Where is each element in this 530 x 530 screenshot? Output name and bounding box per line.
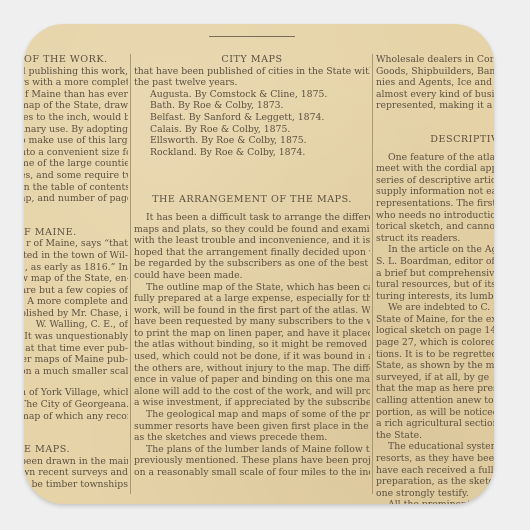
text-line: inary use. By adopting (24, 124, 128, 136)
column-divider-left (130, 54, 131, 494)
text-line: the past twelve years. (134, 77, 370, 89)
text-line: torical sketch, and cannot fa (376, 221, 494, 233)
city-maps-list: Augusta. By Comstock & Cline, 1875.Bath.… (134, 89, 370, 159)
right-paragraph-5: The educational system, thresorts, as th… (376, 441, 494, 499)
left-heading-of-the-work: OF THE WORK. (24, 54, 128, 66)
arrangement-heading: THE ARRANGEMENT OF THE MAPS. (134, 194, 370, 206)
text-line: rs with a more complete (24, 77, 128, 89)
text-line: All the prominent featu (376, 499, 494, 504)
printed-page-sticker: OF THE WORK. l publishing this work,rs w… (24, 24, 494, 504)
text-line: a brief but comprehensive v (376, 268, 494, 280)
text-line: The educational system, th (376, 441, 494, 453)
city-publisher: By Roe & Colby, 1874. (200, 147, 306, 158)
city-name: Rockland. (150, 147, 200, 158)
text-line: o make use of this large (24, 135, 128, 147)
column-divider-right (372, 54, 373, 494)
text-line: les to the inch, would be (24, 112, 128, 124)
text-line: map of the State, drawn (24, 100, 128, 112)
text-line: In the article on the Agri (376, 244, 494, 256)
text-line: It has been a difficult task to arrange … (134, 212, 370, 224)
text-line: representations. The first, (376, 198, 494, 210)
text-line: supply information not easil (376, 186, 494, 198)
text-line: nies and Agents, Ice and (376, 77, 494, 89)
text-line: State of Maine, for the excep (376, 314, 494, 326)
text-line: one strongly testify. (376, 488, 494, 500)
city-maps-intro: that have been published of cities in th… (134, 66, 370, 89)
right-column: Wholesale dealers in CornGoods, Shipbuil… (376, 54, 494, 504)
city-map-entry: Bath. By Roe & Colby, 1873. (134, 100, 370, 112)
left-column: OF THE WORK. l publishing this work,rs w… (24, 54, 128, 491)
text-line: who needs no introduction (376, 210, 494, 222)
left-paragraph-2: r of Maine, says “thatted in the town of… (24, 238, 128, 377)
text-line: represented, making it a val (376, 100, 494, 112)
text-line: turing interests, its lumber, (376, 291, 494, 303)
city-maps-heading: CITY MAPS (134, 54, 370, 66)
left-heading-maps: E MAPS. (24, 444, 128, 456)
city-publisher: By Roe & Colby, 1875. (185, 124, 291, 135)
city-publisher: By Roe & Colby, 1875. (201, 135, 307, 146)
descriptive-heading: DESCRIPTIVE (376, 134, 494, 146)
text-line: l publishing this work, (24, 66, 128, 78)
text-line: with the least trouble and inconvenience… (134, 235, 370, 247)
city-name: Calais. (150, 124, 185, 135)
text-line: resorts, as they have been v (376, 453, 494, 465)
arrangement-paragraph-4: The plans of the lumber lands of Maine f… (134, 444, 370, 479)
text-line: , as early as 1816.” In (24, 262, 128, 274)
text-line: page 27, which is colored to (376, 337, 494, 349)
text-line: are but a few copies of (24, 285, 128, 297)
text-line: In the table of contents, (24, 182, 128, 194)
text-line: the others are, without injury to the ma… (134, 363, 370, 375)
text-line: to print the map on linen paper, and hav… (134, 328, 370, 340)
text-line: be regarded by the subscribers as one of… (134, 258, 370, 270)
text-line: S. L. Boardman, editor of th (376, 256, 494, 268)
header-rule (209, 36, 295, 37)
text-line: portion, as will be noticed, i (376, 407, 494, 419)
text-line: at that time ever pub- (24, 343, 128, 355)
city-name: Ellsworth. (150, 135, 201, 146)
city-name: Augusta. (150, 89, 195, 100)
text-line: have been requested by many subscribers … (134, 316, 370, 328)
text-line: The plans of the lumber lands of Maine f… (134, 444, 370, 456)
text-line: er maps of Maine pub- (24, 354, 128, 366)
city-name: Bath. (150, 100, 178, 111)
text-line: The outline map of the State, which has … (134, 282, 370, 294)
text-line: hoped that the arrangement finally decid… (134, 247, 370, 259)
text-line: n of York Village, which (24, 387, 128, 399)
arrangement-paragraph-1: It has been a difficult task to arrange … (134, 212, 370, 282)
text-line: maps and plats, so they could be found a… (134, 224, 370, 236)
text-line: ted in the town of Wil- (24, 250, 128, 262)
text-line: a wise investment, if appreciated by the… (134, 397, 370, 409)
right-paragraph-2: One feature of the atlas wmeet with the … (376, 152, 494, 245)
text-line: me of the large counties (24, 158, 128, 170)
text-line: previously mentioned. These plans have b… (134, 455, 370, 467)
city-publisher: By Sanford & Leggett, 1874. (189, 112, 325, 123)
left-paragraph-1: l publishing this work,rs with a more co… (24, 66, 128, 205)
right-paragraph-4: We are indebted to C. H.State of Maine, … (376, 302, 494, 441)
text-line: f Maine than has ever (24, 89, 128, 101)
text-line: We are indebted to C. H. (376, 302, 494, 314)
city-name: Belfast. (150, 112, 189, 123)
text-line: State, as shown by the map (376, 360, 494, 372)
text-line: series of descriptive articles w (376, 175, 494, 187)
text-line: that the map as here prese (376, 383, 494, 395)
text-line: could have been made. (134, 270, 370, 282)
text-line: The geological map and maps of some of t… (134, 409, 370, 421)
text-line: Goods, Shipbuilders, Banks, (376, 66, 494, 78)
text-line: used, which could not be done, if it was… (134, 351, 370, 363)
text-line: calling attention anew to (376, 395, 494, 407)
text-line: meet with the cordial appro (376, 163, 494, 175)
city-publisher: By Roe & Colby, 1873. (178, 100, 284, 111)
text-line: a rich agricultural section, a (376, 418, 494, 430)
text-line: r of Maine, says “that (24, 238, 128, 250)
text-line: have each received a full sha (376, 465, 494, 477)
text-line: on a much smaller scale, (24, 366, 128, 378)
text-line: ap, and number of page (24, 193, 128, 205)
left-heading-maine: F MAINE. (24, 227, 128, 239)
arrangement-paragraph-3: The geological map and maps of some of t… (134, 409, 370, 444)
text-line: work, will be found in the first part of… (134, 305, 370, 317)
text-line: The City of Georgeana. (24, 399, 128, 411)
text-line: fully prepared at a large expense, espec… (134, 293, 370, 305)
text-line: almost every kind of busine (376, 89, 494, 101)
text-line: It was unquestionably (24, 331, 128, 343)
text-line: . A more complete and (24, 296, 128, 308)
text-line: w map of the State, en- (24, 273, 128, 285)
text-line: be timber townships (24, 479, 128, 491)
text-line: alone will add to the cost of the work, … (134, 386, 370, 398)
text-line: tions. It is to be regretted (376, 349, 494, 361)
text-line: been drawn in the main (24, 456, 128, 468)
city-map-entry: Calais. By Roe & Colby, 1875. (134, 124, 370, 136)
text-line: One feature of the atlas w (376, 152, 494, 164)
right-paragraph-1: Wholesale dealers in CornGoods, Shipbuil… (376, 54, 494, 112)
text-line: that have been published of cities in th… (134, 66, 370, 78)
right-paragraph-3: In the article on the AgriS. L. Boardman… (376, 244, 494, 302)
left-paragraph-4: been drawn in the mainwn recent surveys … (24, 456, 128, 491)
right-paragraph-6: All the prominent featuof the State are … (376, 499, 494, 504)
text-line: struct its readers. (376, 233, 494, 245)
text-line: blished by Mr. Chase, in (24, 308, 128, 320)
text-line: es, and some require two (24, 170, 128, 182)
text-line: as the sketches and views precede them. (134, 432, 370, 444)
text-line: map of which any record (24, 411, 128, 423)
text-line: the State. (376, 430, 494, 442)
text-line: tural resources, but of its va (376, 279, 494, 291)
city-map-entry: Belfast. By Sanford & Leggett, 1874. (134, 112, 370, 124)
text-line: logical sketch on page 14; a (376, 325, 494, 337)
text-line: nto a convenient size for (24, 147, 128, 159)
middle-column: CITY MAPS that have been published of ci… (134, 54, 370, 479)
text-line: summer resorts have been given first pla… (134, 421, 370, 433)
text-line: wn recent surveys and (24, 467, 128, 479)
text-line: preparation, as the sketches (376, 476, 494, 488)
city-map-entry: Ellsworth. By Roe & Colby, 1875. (134, 135, 370, 147)
text-line: surveyed, if at all, by ge (376, 372, 494, 384)
text-line: Wholesale dealers in Corn (376, 54, 494, 66)
left-paragraph-3: n of York Village, whichThe City of Geor… (24, 387, 128, 422)
text-line: the atlas without binding, so it might b… (134, 339, 370, 351)
arrangement-paragraph-2: The outline map of the State, which has … (134, 282, 370, 410)
text-line: ence in value of paper and binding on th… (134, 374, 370, 386)
text-line: on a reasonably small scale of four mile… (134, 467, 370, 479)
city-publisher: By Comstock & Cline, 1875. (195, 89, 328, 100)
city-map-entry: Augusta. By Comstock & Cline, 1875. (134, 89, 370, 101)
city-map-entry: Rockland. By Roe & Colby, 1874. (134, 147, 370, 159)
text-line: W. Walling, C. E., of (24, 319, 128, 331)
